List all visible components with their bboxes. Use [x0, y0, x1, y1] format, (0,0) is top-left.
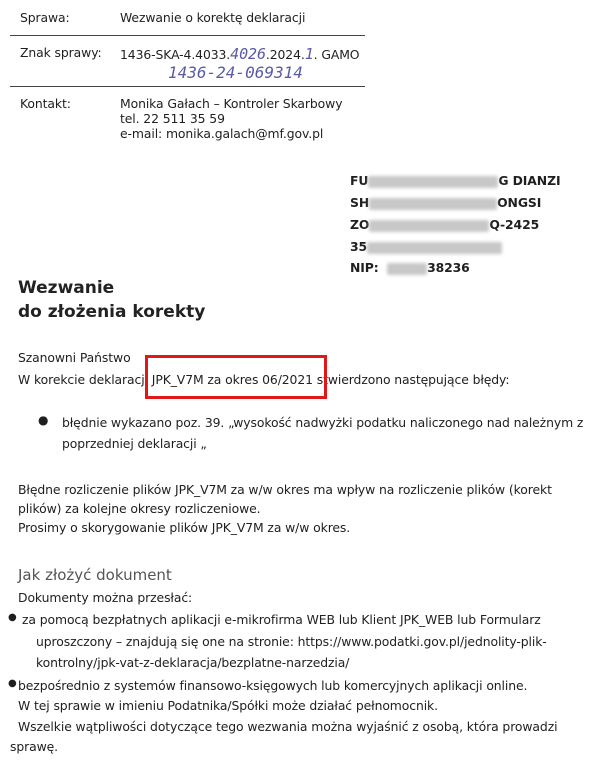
znak-label: Znak sprawy:: [20, 45, 102, 60]
znak-mid: .2024.: [266, 47, 305, 62]
title-line-1: Wezwanie: [18, 278, 114, 298]
highlight-box: [145, 355, 327, 399]
bullet-dot: ●: [8, 612, 17, 623]
para1-line-1: Błędne rozliczenie plików JPK_V7M za w/w…: [18, 482, 552, 497]
kontakt-tel: tel. 22 511 35 59: [120, 111, 225, 126]
watpliwosci-line-2: sprawę.: [10, 739, 58, 754]
para1-line-2: plików) za kolejne okresy rozliczeniowe.: [18, 501, 260, 516]
howto-bullet1-line3: kontrolny/jpk-vat-z-deklaracja/bezplatne…: [36, 655, 349, 670]
recipient-line-1: FUG DIANZI: [350, 173, 560, 188]
znak-suffix: . GAMO: [314, 47, 360, 62]
redacted-block: [369, 198, 497, 210]
redacted-block: [368, 176, 498, 188]
recipient-line-4: 35: [350, 239, 502, 254]
redacted-block: [369, 220, 489, 232]
sprawa-label: Sprawa:: [20, 10, 70, 25]
recipient-line-2: SHONGSI: [350, 195, 541, 210]
znak-handwritten-2: 1: [305, 45, 314, 63]
howto-intro: Dokumenty można przesłać:: [18, 590, 192, 605]
greeting: Szanowni Państwo: [18, 350, 131, 365]
howto-bullet2: bezpośrednio z systemów finansowo-księgo…: [18, 678, 527, 693]
znak-value: 1436-SKA-4.4033.4026.2024.1. GAMO: [120, 45, 359, 63]
recipient-nip: NIP: 38236: [350, 260, 470, 275]
para1-line-3: Prosimy o skorygowanie plików JPK_V7M za…: [18, 520, 350, 535]
bullet-dot: ●: [8, 678, 17, 689]
bullet-dot: ●: [38, 413, 48, 427]
howto-bullet1-line2: uproszczony – znajdują się one na stroni…: [36, 634, 547, 649]
kontakt-email: e-mail: monika.galach@mf.gov.pl: [120, 126, 323, 141]
watpliwosci-line-1: Wszelkie wątpliwości dotyczące tego wezw…: [18, 719, 557, 734]
sprawa-value: Wezwanie o korektę deklaracji: [120, 10, 305, 25]
znak-handwritten-line2: 1436-24-069314: [168, 63, 303, 82]
recipient-line-3: ZOQ-2425: [350, 217, 539, 232]
error-bullet-line-2: poprzedniej deklaracji „: [62, 436, 207, 451]
kontakt-label: Kontakt:: [20, 96, 71, 111]
header-divider-2: [10, 86, 365, 87]
pelnomocnik-line: W tej sprawie w imieniu Podatnika/Spółki…: [18, 698, 438, 713]
howto-bullet1-line1: za pomocą bezpłatnych aplikacji e-mikrof…: [22, 612, 541, 627]
znak-handwritten-1: 4026: [230, 45, 266, 63]
redacted-block: [387, 263, 427, 275]
error-bullet-line-1: błędnie wykazano poz. 39. „wysokość nadw…: [62, 415, 583, 430]
kontakt-name: Monika Gałach – Kontroler Skarbowy: [120, 96, 342, 111]
howto-heading: Jak złożyć dokument: [18, 566, 172, 584]
header-divider-1: [10, 35, 365, 36]
title-line-2: do złożenia korekty: [18, 302, 205, 322]
znak-prefix: 1436-SKA-4.4033.: [120, 47, 230, 62]
redacted-block: [367, 242, 502, 254]
